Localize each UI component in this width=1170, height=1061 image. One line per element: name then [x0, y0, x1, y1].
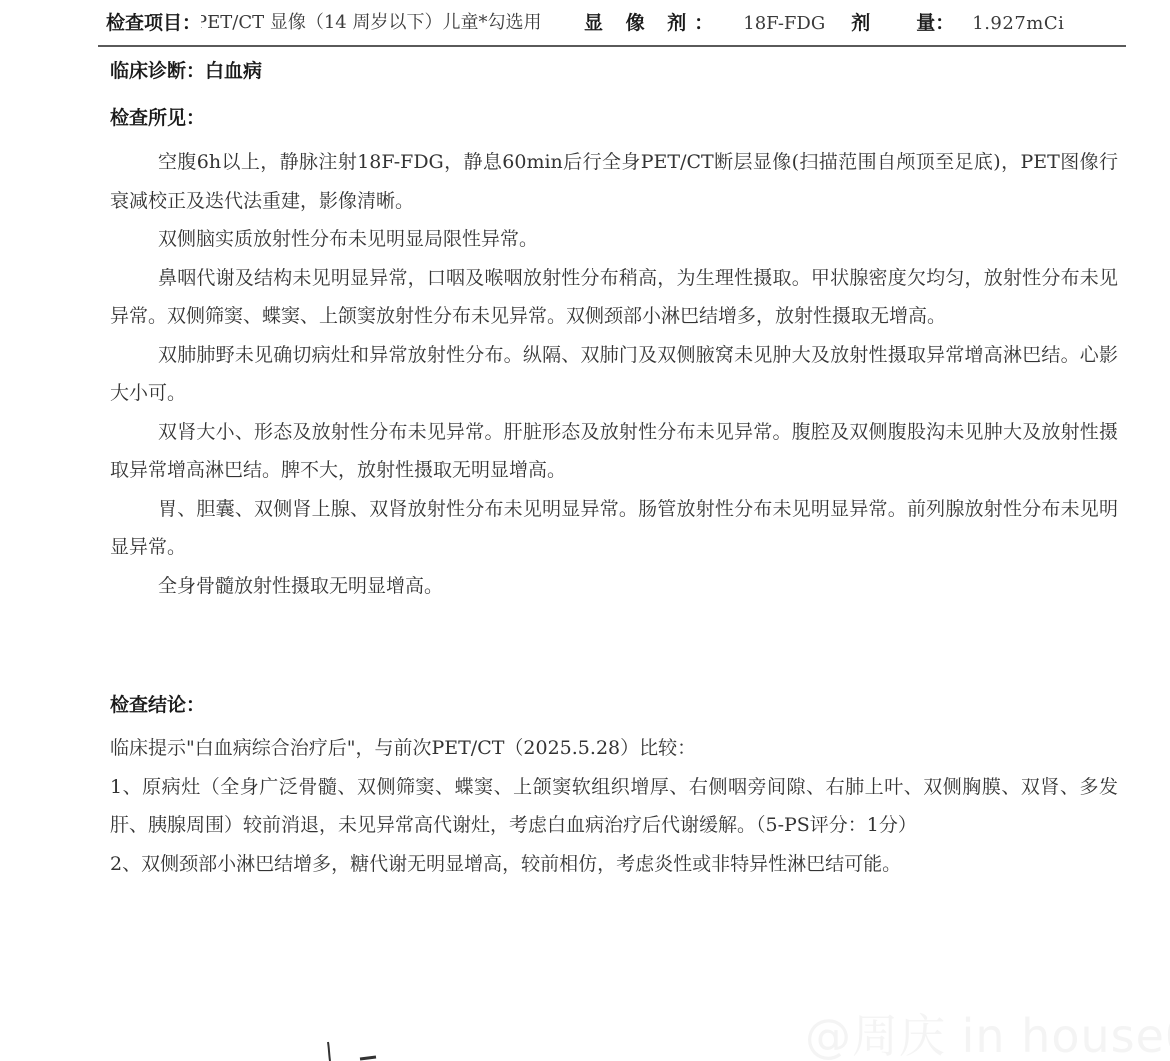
clinical-diagnosis-value: 白血病: [205, 60, 262, 82]
findings-paragraph-chest: 双肺肺野未见确切病灶和异常放射性分布。纵隔、双肺门及双侧腋窝未见肿大及放射性摄取…: [110, 336, 1118, 413]
exam-item-value: PET/CT 显像（14 周岁以下）儿童*勾选用: [201, 6, 582, 40]
watermark: @周庆 in house086: [805, 1000, 1170, 1061]
findings-paragraph-head-neck: 鼻咽代谢及结构未见明显异常，口咽及喉咽放射性分布稍高，为生理性摄取。甲状腺密度欠…: [110, 259, 1118, 336]
conclusion-line-2: 2、双侧颈部小淋巴结增多，糖代谢无明显增高，较前相仿，考虑炎性或非特异性淋巴结可…: [110, 845, 1118, 884]
findings-paragraph-bone-marrow: 全身骨髓放射性摄取无明显增高。: [110, 567, 1118, 606]
conclusion-line-clinical-note: 临床提示"白血病综合治疗后"，与前次PET/CT（2025.5.28）比较：: [110, 729, 1118, 768]
clinical-diagnosis: 临床诊断：白血病: [110, 57, 262, 85]
findings-paragraph-abdomen: 双肾大小、形态及放射性分布未见异常。肝脏形态及放射性分布未见异常。腹腔及双侧腹股…: [110, 413, 1118, 490]
findings-body: 空腹6h以上，静脉注射18F-FDG，静息60min后行全身PET/CT断层显像…: [110, 143, 1118, 605]
findings-paragraph-gi-gu: 胃、胆囊、双侧肾上腺、双肾放射性分布未见明显异常。肠管放射性分布未见明显异常。前…: [110, 490, 1118, 567]
dose-label-part2: 量：: [916, 12, 954, 34]
findings-paragraph-technique: 空腹6h以上，静脉注射18F-FDG，静息60min后行全身PET/CT断层显像…: [110, 143, 1118, 220]
imaging-agent-value: 18F-FDG: [743, 13, 825, 34]
dose-label-part1: 剂: [851, 12, 870, 34]
clinical-diagnosis-label: 临床诊断：: [110, 60, 205, 82]
header-divider: [98, 45, 1126, 47]
findings-paragraph-brain: 双侧脑实质放射性分布未见明显局限性异常。: [110, 220, 1118, 259]
conclusion-heading: 检查结论：: [110, 691, 205, 719]
signature-mark: [318, 1040, 388, 1061]
imaging-agent-label: 显 像 剂：: [584, 12, 721, 34]
conclusion-line-1: 1、原病灶（全身广泛骨髓、双侧筛窦、蝶窦、上颌窦软组织增厚、右侧咽旁间隙、右肺上…: [110, 768, 1118, 845]
exam-item-label: 检查项目：: [106, 12, 201, 34]
conclusion-body: 临床提示"白血病综合治疗后"，与前次PET/CT（2025.5.28）比较： 1…: [110, 729, 1118, 883]
report-header: 检查项目：PET/CT 显像（14 周岁以下）儿童*勾选用显 像 剂：18F-F…: [106, 6, 1126, 40]
findings-heading: 检查所见：: [110, 104, 205, 132]
dose-value: 1.927mCi: [972, 13, 1064, 34]
